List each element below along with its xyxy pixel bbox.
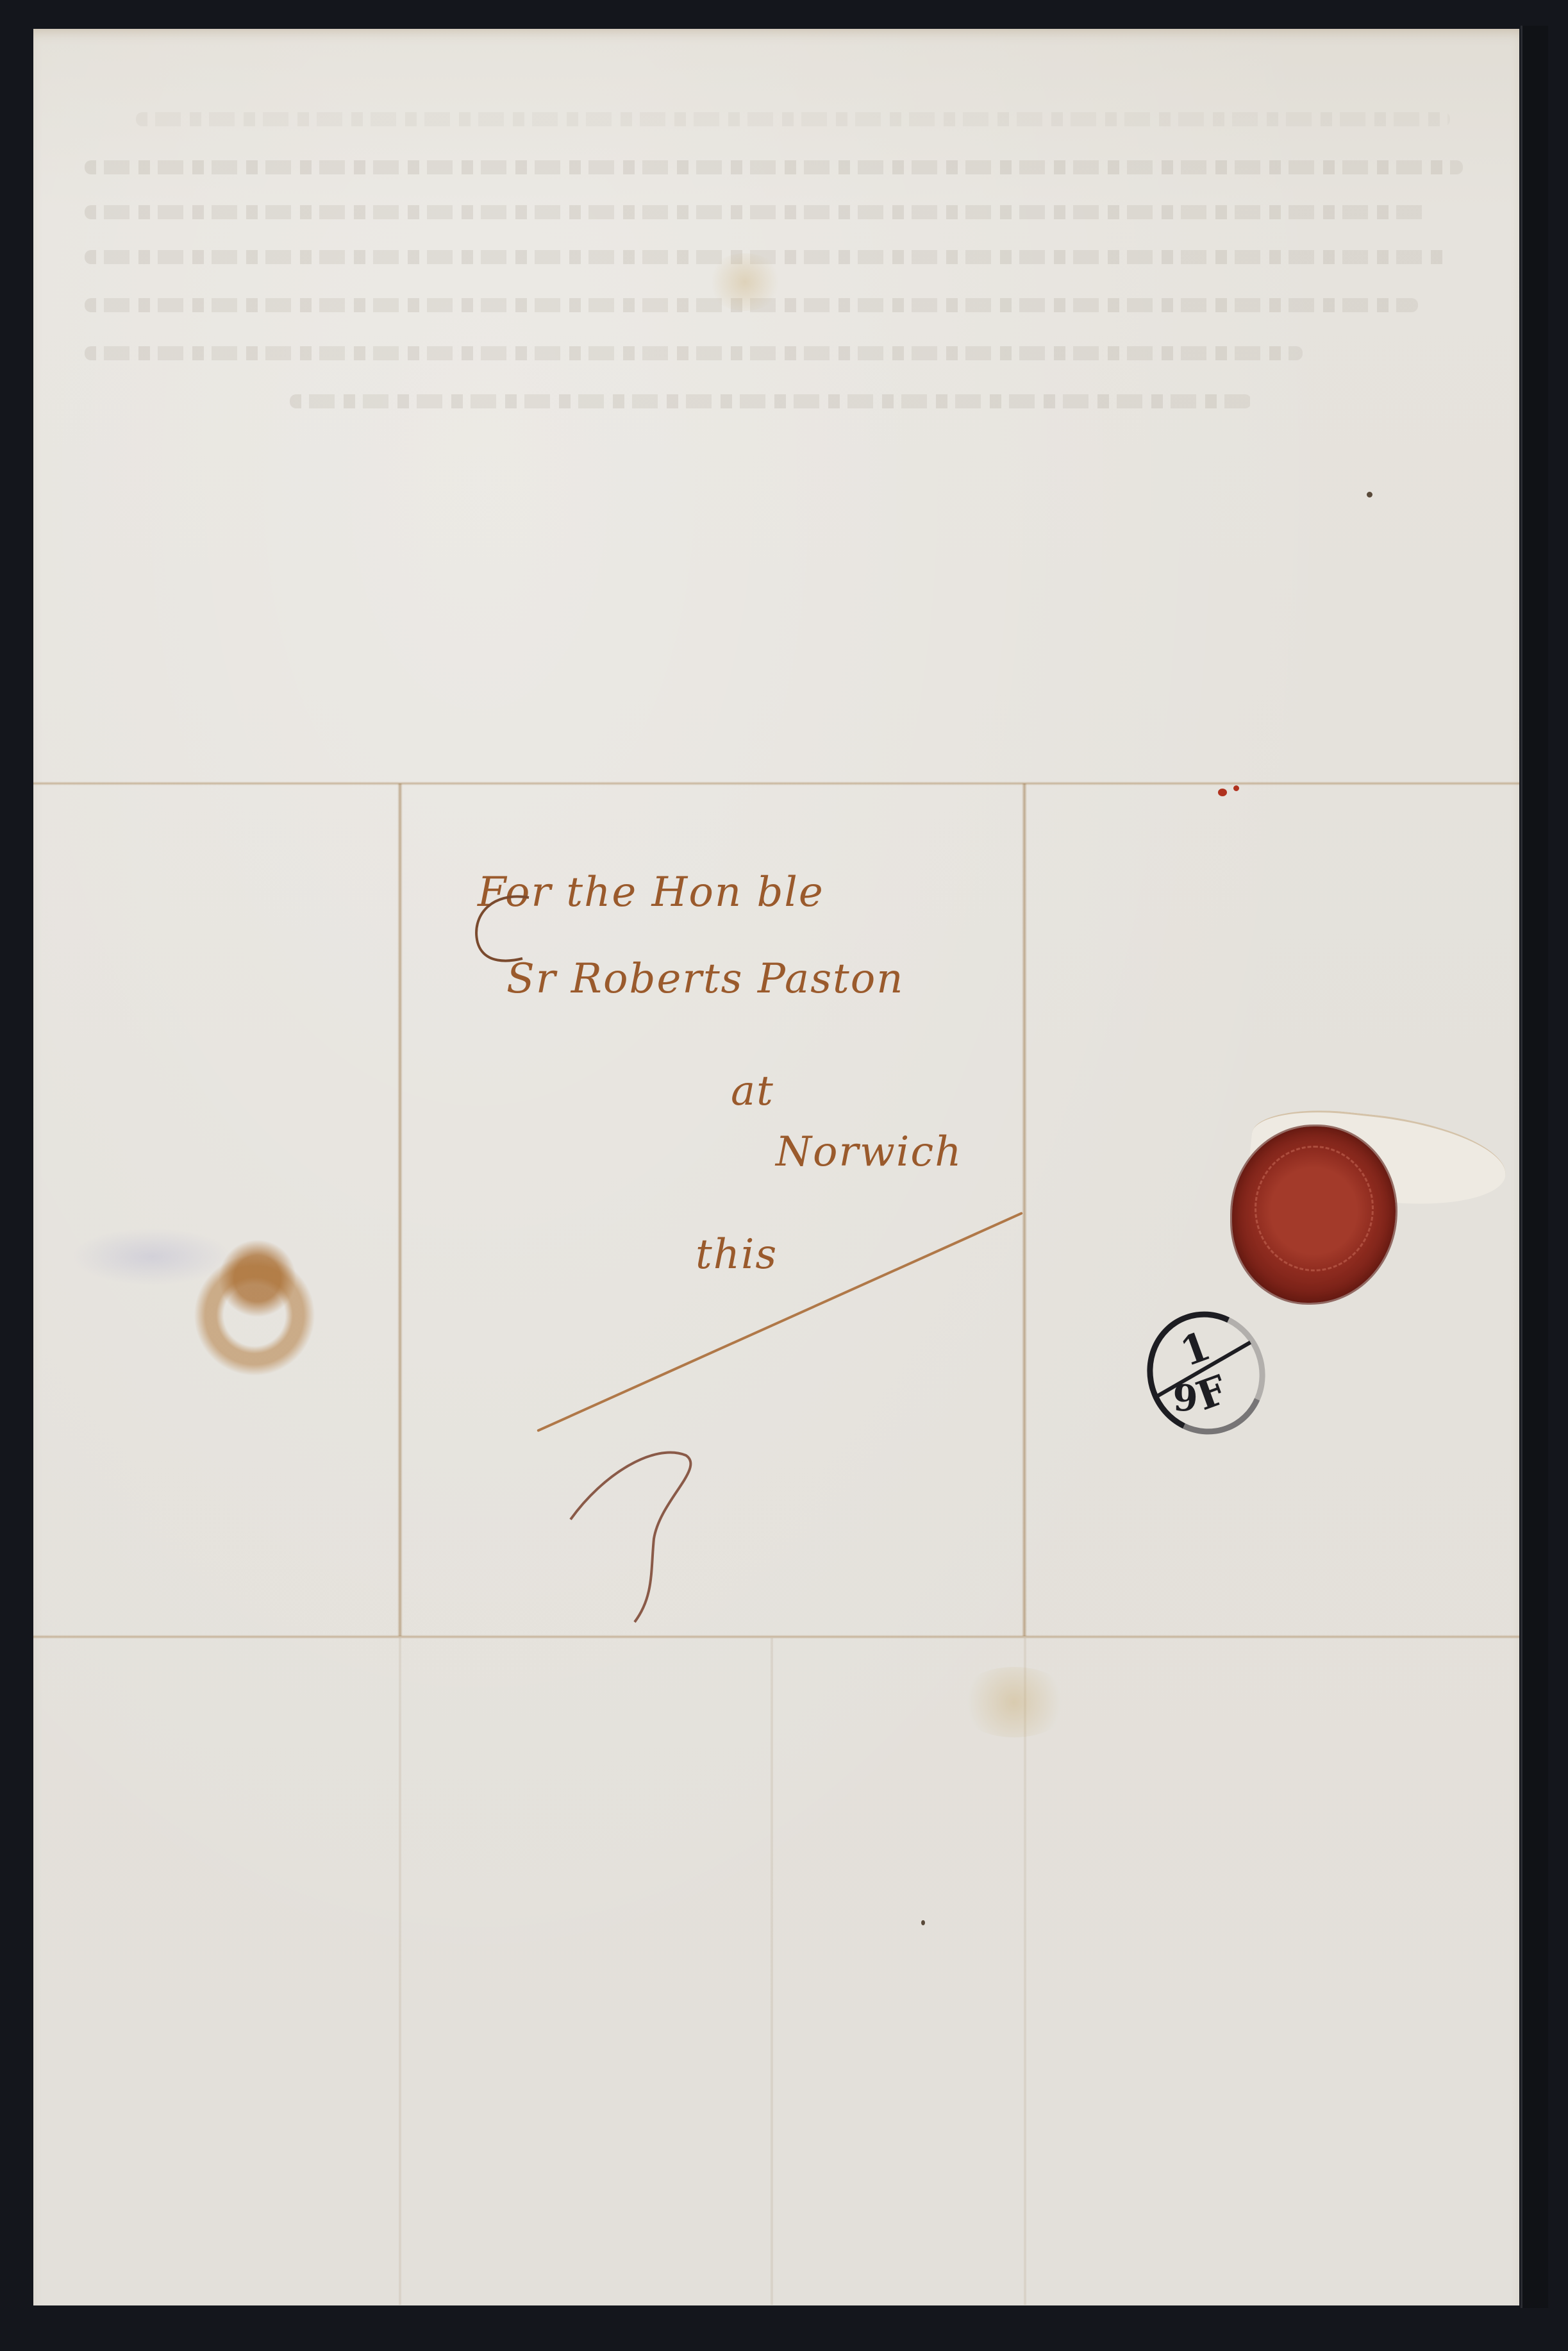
speck: [921, 1920, 925, 1925]
show-through-line: [136, 112, 1450, 126]
wax-speck: [1218, 789, 1227, 796]
fold-line-top: [33, 782, 1519, 785]
postmark-bottom-text: 6: [1173, 1375, 1198, 1418]
fold-line-bottom: [33, 1635, 1519, 1639]
address-line-5: this: [696, 1231, 778, 1278]
wax-speck: [1233, 785, 1239, 791]
show-through-line: [290, 394, 1251, 408]
fold-line-left: [397, 783, 403, 1636]
water-stain: [181, 1234, 328, 1382]
address-line-3: at: [731, 1067, 774, 1115]
mount-edge: [1521, 26, 1548, 2308]
fold-line-faint: [771, 1638, 773, 2305]
top-stain: [706, 253, 783, 311]
address-line-4: Norwich: [776, 1128, 962, 1176]
show-through-line: [85, 160, 1463, 174]
speck: [1367, 492, 1372, 498]
show-through-line: [85, 346, 1303, 360]
address-line-2: Sr Roberts Paston: [506, 955, 905, 1003]
fold-line-faint: [1024, 1638, 1026, 2305]
capital-flourish-icon: [465, 885, 542, 975]
fold-line-faint: [399, 1638, 401, 2305]
bottom-stain: [956, 1667, 1072, 1737]
fold-line-right: [1022, 783, 1027, 1636]
pen-flourish-icon: [564, 1436, 756, 1641]
show-through-line: [85, 205, 1431, 219]
